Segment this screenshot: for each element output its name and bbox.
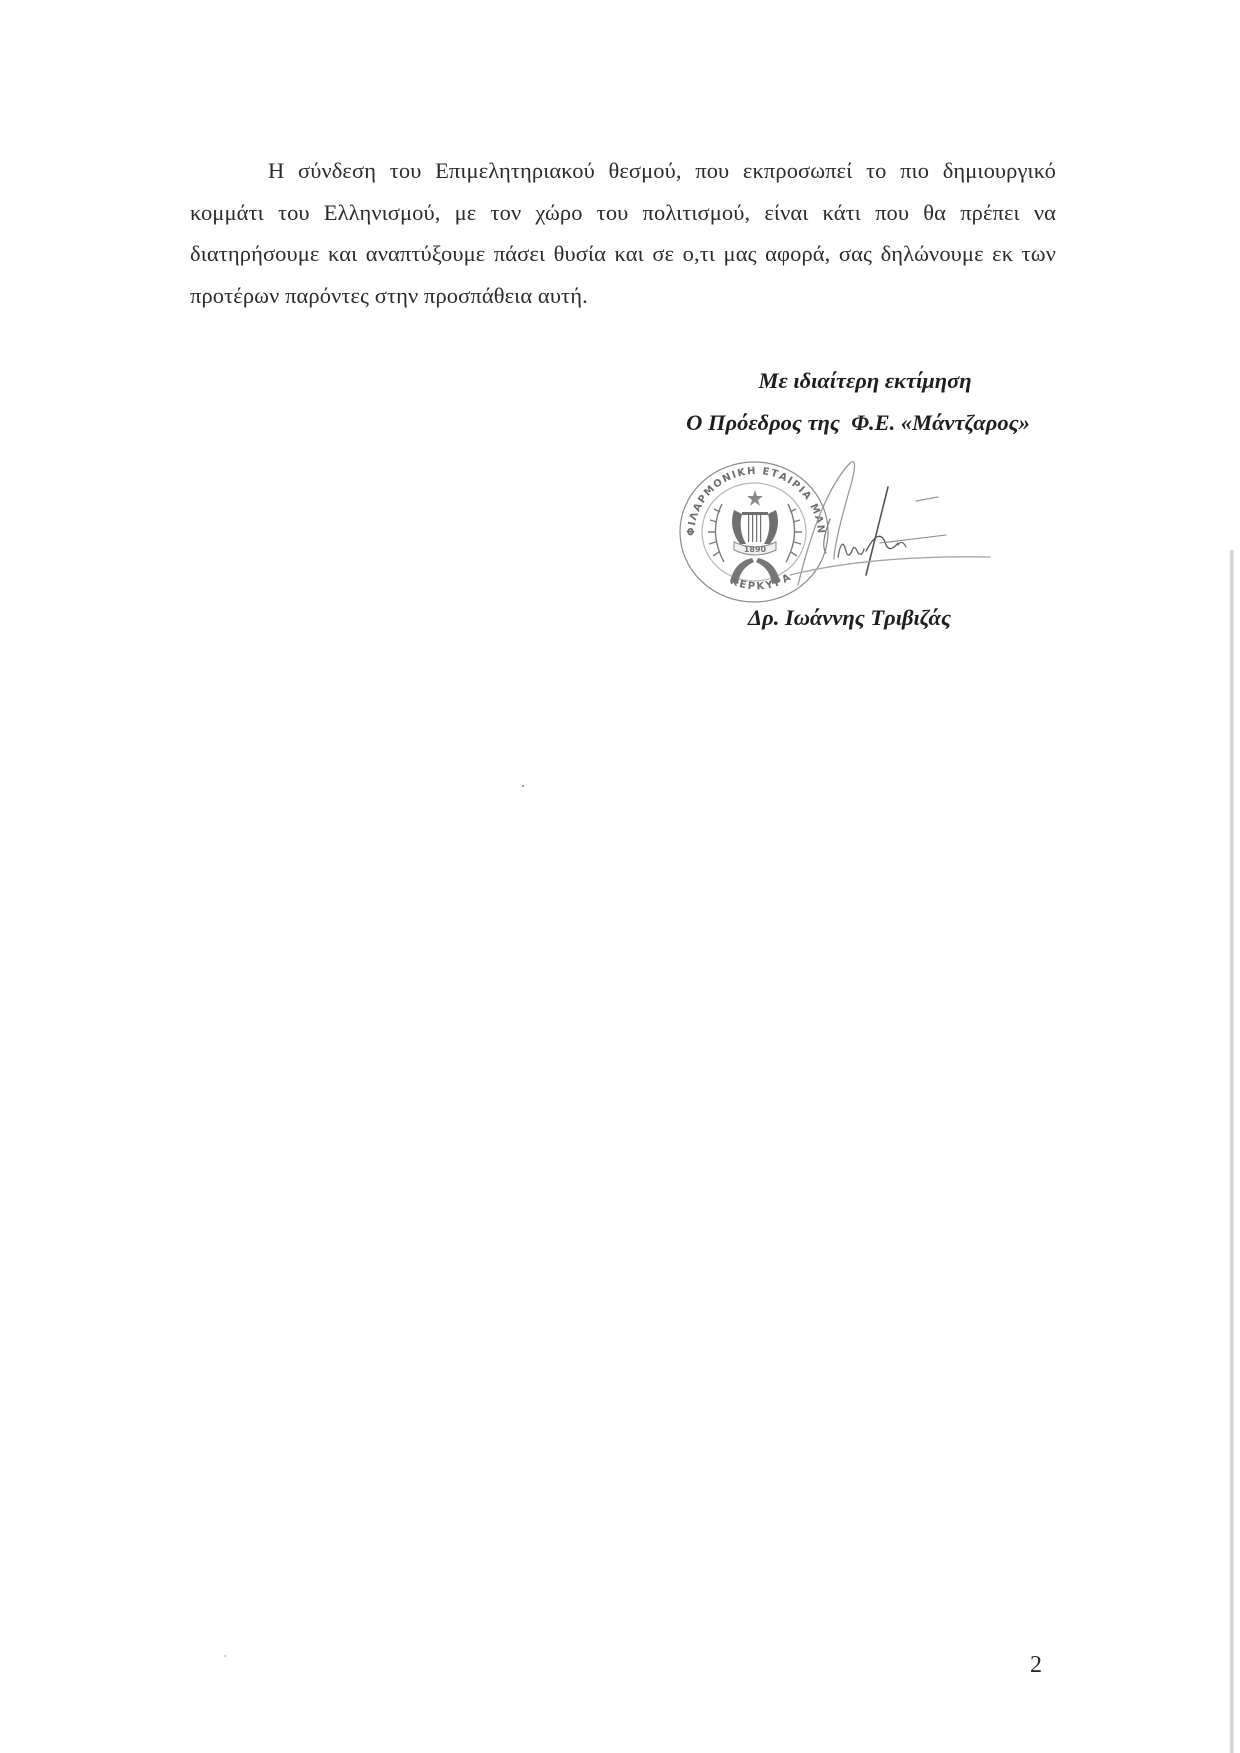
horn-icon: [730, 558, 780, 584]
scanner-edge-shadow: [1229, 550, 1234, 1753]
body-text: Η σύνδεση του Επιμελητηριακού θεσμού, πο…: [190, 150, 1056, 316]
scan-speck: [522, 785, 524, 787]
closing-salutation: Με ιδιαίτερη εκτίμηση: [655, 368, 1075, 394]
lyre-icon: [732, 510, 778, 544]
document-page: Η σύνδεση του Επιμελητηριακού θεσμού, πο…: [0, 0, 1240, 1753]
handwritten-signature: [790, 455, 1020, 595]
scan-speck: [224, 1655, 226, 1657]
stamp-year: 1890: [744, 545, 767, 554]
closing-role: Ο Πρόεδρος της Φ.Ε. «Μάντζαρος»: [648, 410, 1068, 436]
page-number: 2: [1030, 1652, 1042, 1679]
star-icon: [747, 490, 763, 506]
body-paragraph: Η σύνδεση του Επιμελητηριακού θεσμού, πο…: [190, 150, 1056, 316]
signer-name: Δρ. Ιωάννης Τριβιζάς: [748, 605, 951, 631]
